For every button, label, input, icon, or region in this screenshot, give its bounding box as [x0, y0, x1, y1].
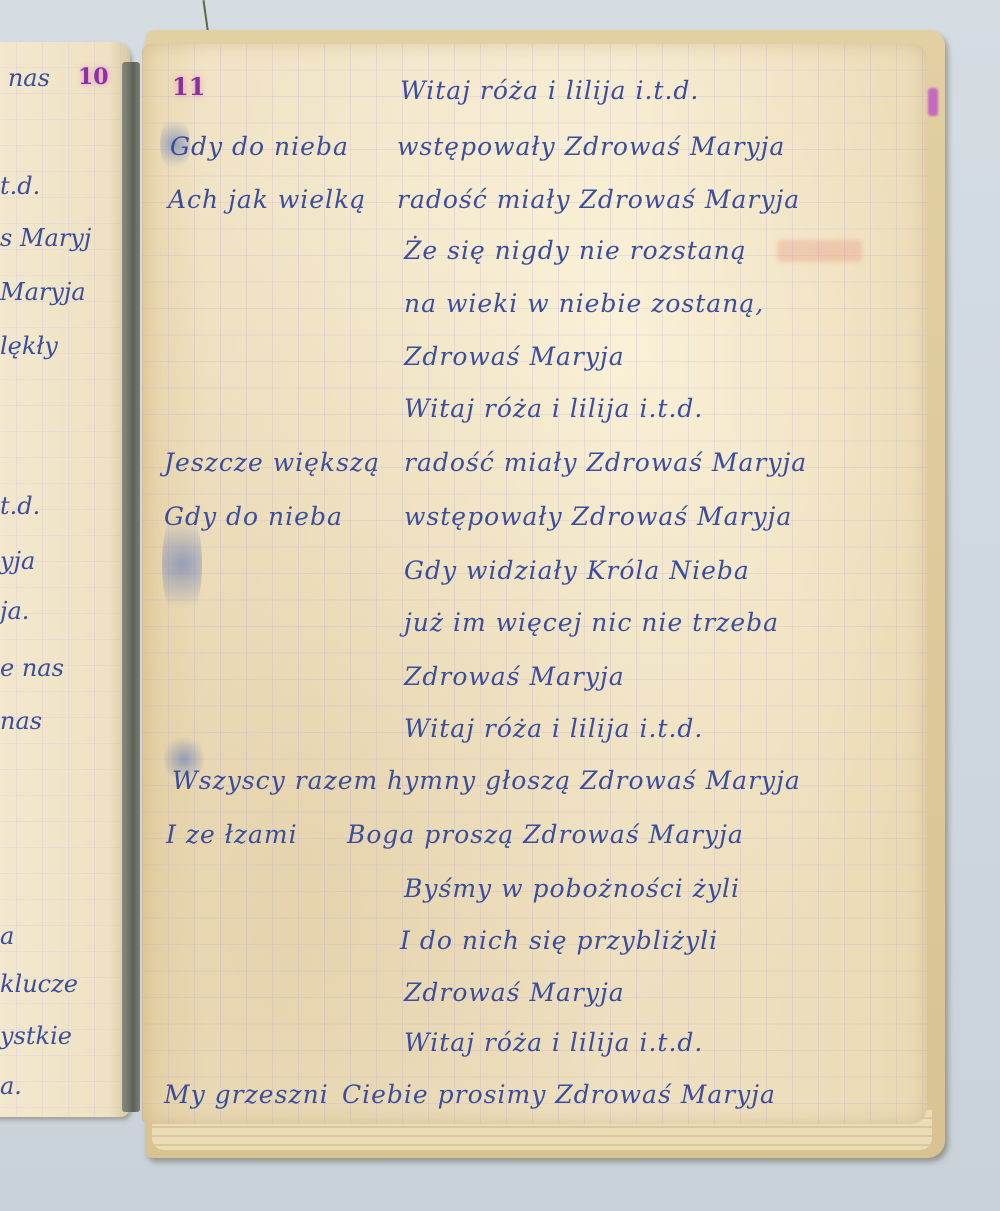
left-fragment: e nas — [0, 654, 64, 682]
left-fragment: s Maryj — [0, 224, 91, 252]
left-fragment: Maryja — [0, 278, 86, 306]
left-fragment: ja. — [0, 597, 29, 625]
left-fragment: nas — [0, 707, 42, 735]
pink-marker-smudge — [928, 88, 938, 116]
left-fragment: ystkie — [0, 1022, 72, 1050]
left-fragment: lękły — [0, 332, 58, 360]
left-page-number: 10 — [78, 64, 109, 90]
stamp-bleed-through — [777, 240, 862, 262]
notebook-spine — [122, 62, 140, 1112]
left-fragment: t.d. — [0, 172, 40, 200]
left-fragment: klucze — [0, 970, 78, 998]
left-fragment: e nas — [0, 64, 50, 92]
left-fragment: a — [0, 922, 14, 950]
left-fragment: t.d. — [0, 492, 40, 520]
left-fragment: yja — [0, 547, 35, 575]
left-fragment: a. — [0, 1072, 22, 1100]
right-page-number: 11 — [172, 72, 205, 101]
right-page: 11 Witaj róża i lilija i.t.d. Gdy do nie… — [142, 44, 927, 1124]
left-page: 10 e nas t.d. s Maryj Maryja lękły t.d. … — [0, 42, 130, 1117]
